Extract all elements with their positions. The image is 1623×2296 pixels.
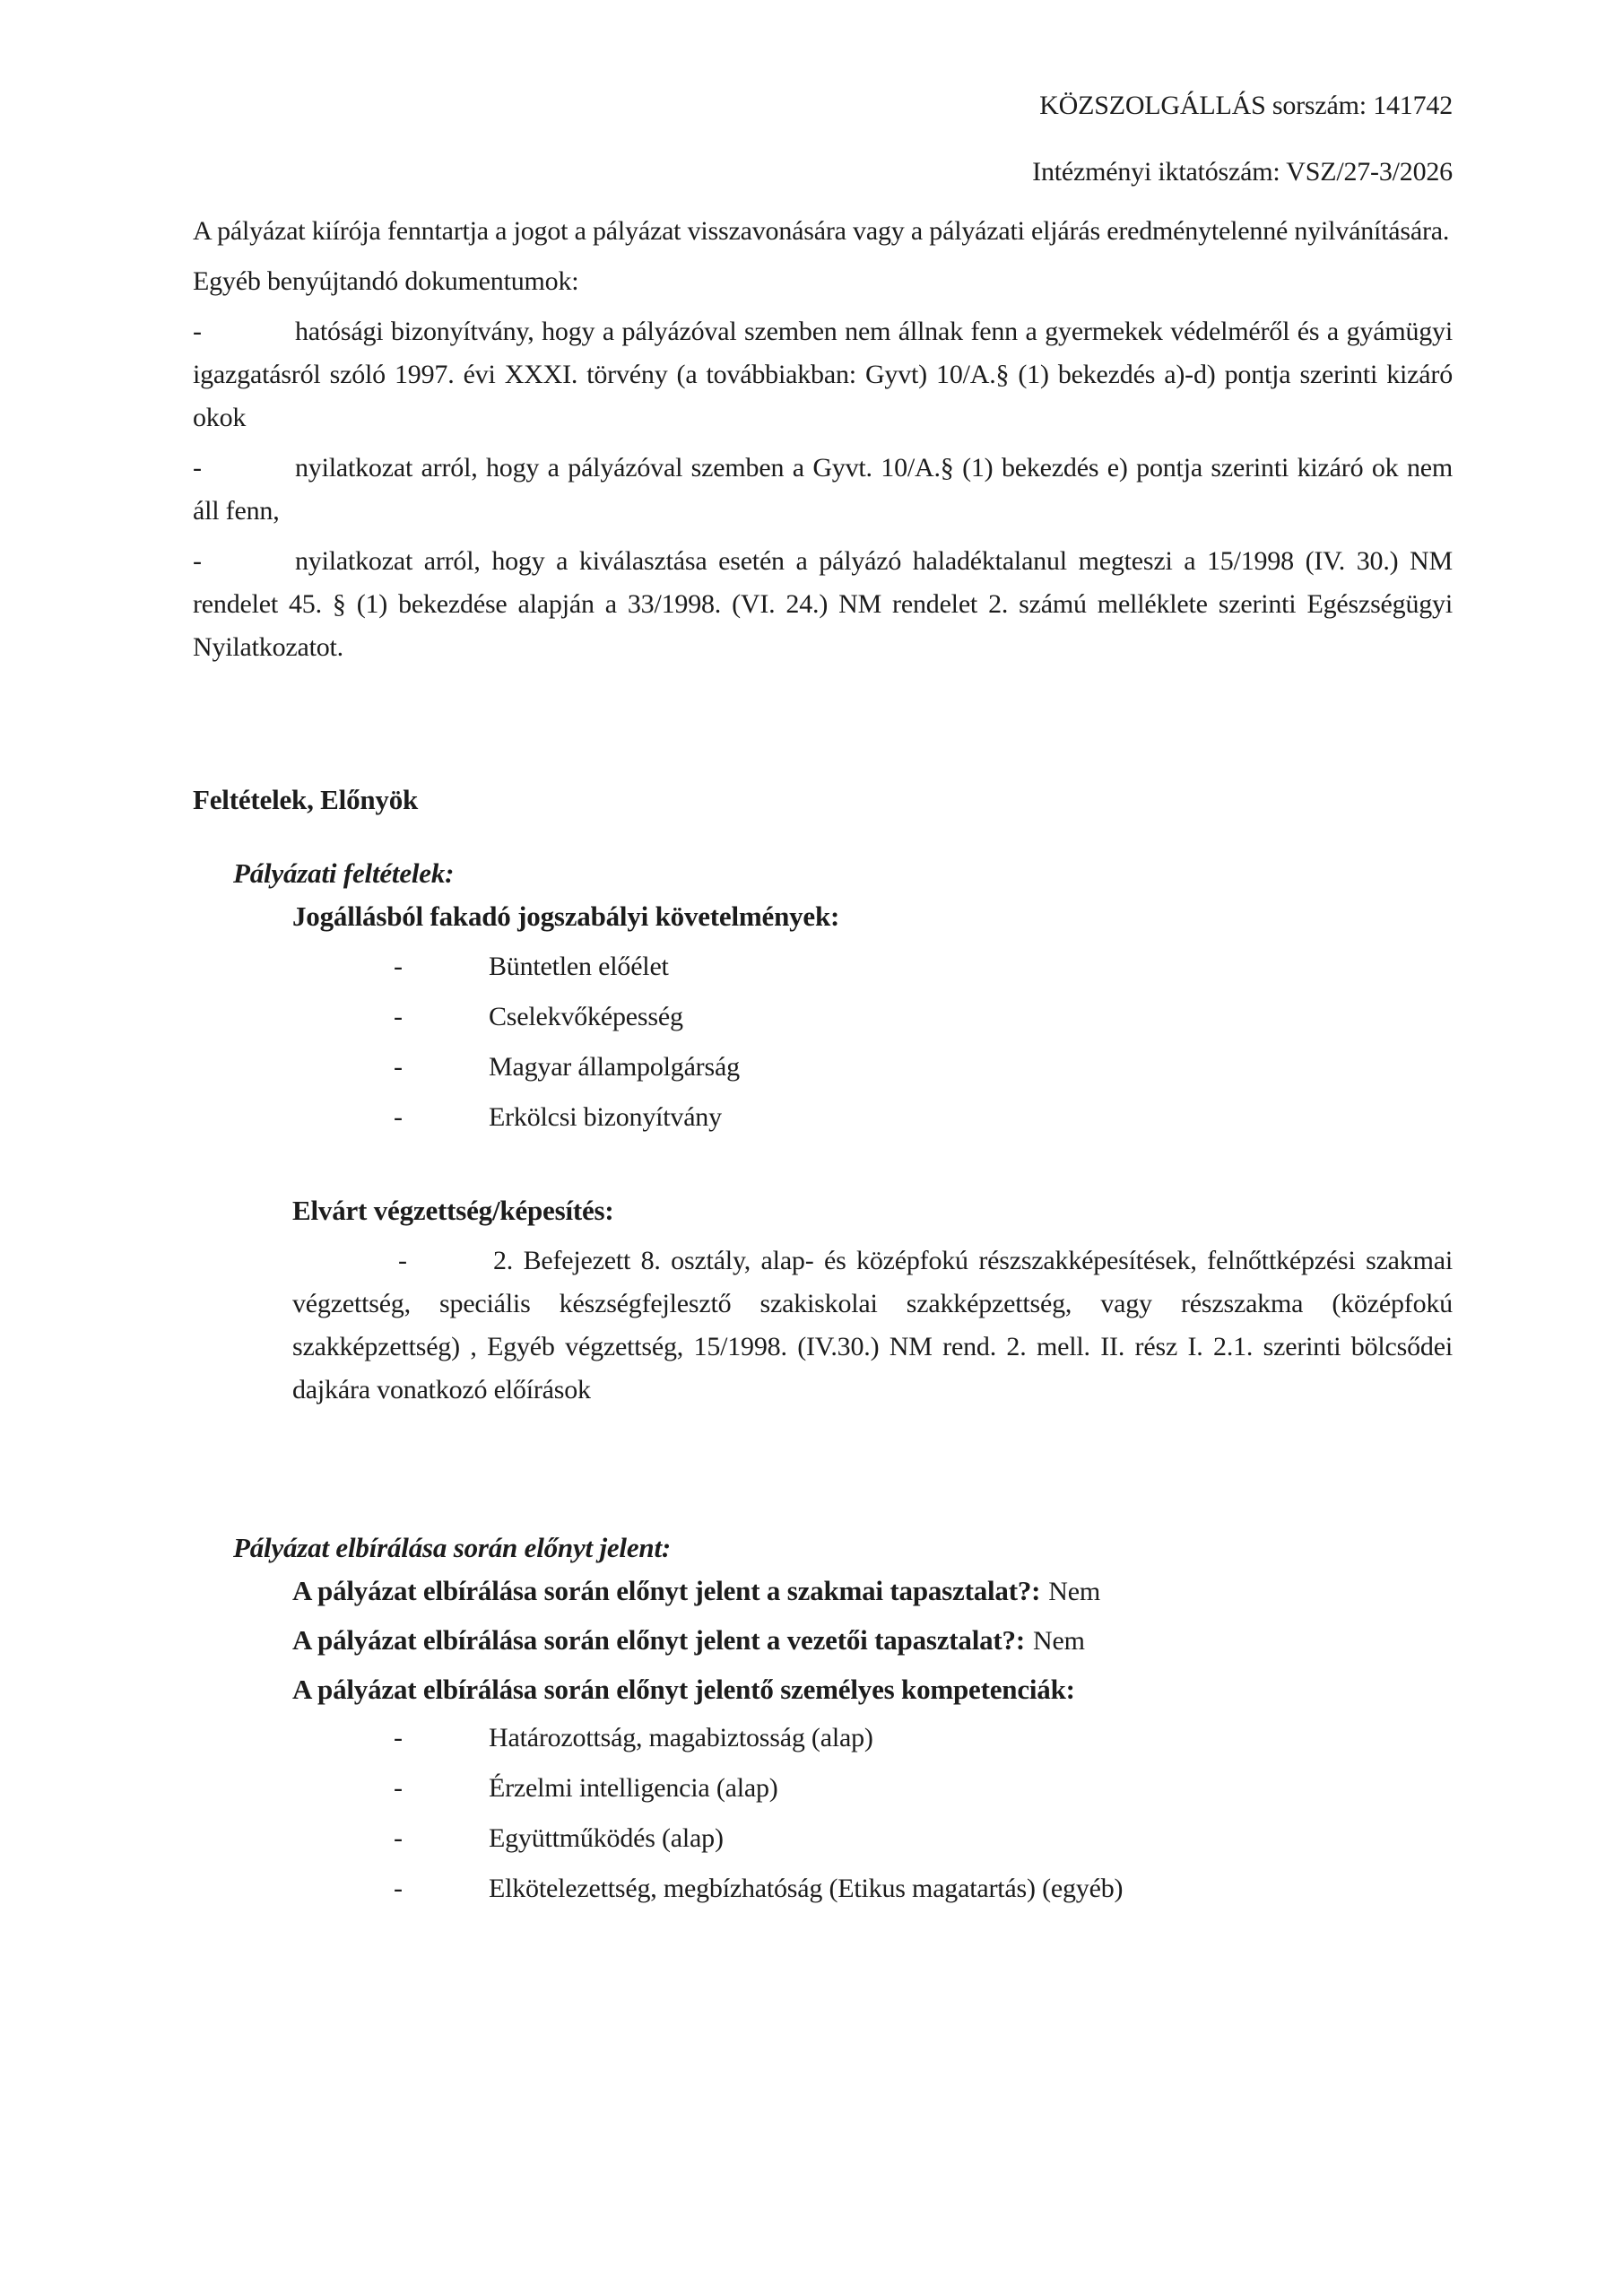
advantage-question-managerial: A pályázat elbírálása során előnyt jelen… xyxy=(292,1619,1453,1663)
legal-requirement-item: -Magyar állampolgárság xyxy=(193,1046,1453,1089)
legal-requirement-text: Büntetlen előélet xyxy=(489,945,669,988)
heading-expected-qualification: Elvárt végzettség/képesítés: xyxy=(292,1189,1453,1232)
advantage-question-value: Nem xyxy=(1048,1577,1100,1606)
competency-item-text: Elkötelezettség, megbízhatóság (Etikus m… xyxy=(489,1867,1123,1910)
competency-list: -Határozottság, magabiztosság (alap) -Ér… xyxy=(193,1717,1453,1910)
competency-item-text: Határozottság, magabiztosság (alap) xyxy=(489,1717,873,1760)
document-item-text: nyilatkozat arról, hogy a kiválasztása e… xyxy=(193,546,1453,662)
dash-marker: - xyxy=(193,540,295,583)
heading-personal-competencies: A pályázat elbírálása során előnyt jelen… xyxy=(292,1668,1453,1711)
dash-marker: - xyxy=(394,945,489,988)
dash-marker: - xyxy=(394,1767,489,1810)
dash-marker: - xyxy=(394,996,489,1039)
document-item-text: nyilatkozat arról, hogy a pályázóval sze… xyxy=(193,453,1453,526)
dash-marker: - xyxy=(193,447,295,490)
dash-marker: - xyxy=(394,1717,489,1760)
legal-requirement-text: Cselekvőképesség xyxy=(489,996,683,1039)
advantage-question-label: A pályázat elbírálása során előnyt jelen… xyxy=(292,1624,1025,1656)
advantage-question-label: A pályázat elbírálása során előnyt jelen… xyxy=(292,1575,1040,1606)
legal-requirement-text: Erkölcsi bizonyítvány xyxy=(489,1096,722,1139)
dash-marker: - xyxy=(394,1867,489,1910)
dash-marker: - xyxy=(398,1239,493,1283)
legal-requirement-item: -Büntetlen előélet xyxy=(193,945,1453,988)
competency-item: -Érzelmi intelligencia (alap) xyxy=(193,1767,1453,1810)
competencies-heading-text: A pályázat elbírálása során előnyt jelen… xyxy=(292,1674,1075,1705)
qualification-paragraph: -2. Befejezett 8. osztály, alap- és közé… xyxy=(292,1239,1453,1412)
competency-item: -Együttműködés (alap) xyxy=(193,1817,1453,1860)
advantage-question-professional: A pályázat elbírálása során előnyt jelen… xyxy=(292,1570,1453,1613)
document-item: -nyilatkozat arról, hogy a pályázóval sz… xyxy=(193,447,1453,533)
competency-item-text: Együttműködés (alap) xyxy=(489,1817,724,1860)
advantage-question-value: Nem xyxy=(1033,1626,1085,1656)
competency-item: -Határozottság, magabiztosság (alap) xyxy=(193,1717,1453,1760)
legal-requirement-text: Magyar állampolgárság xyxy=(489,1046,740,1089)
dash-marker: - xyxy=(394,1046,489,1089)
competency-item-text: Érzelmi intelligencia (alap) xyxy=(489,1767,778,1810)
document-page: KÖZSZOLGÁLLÁS sorszám: 141742 Intézményi… xyxy=(0,0,1623,2296)
heading-legal-requirements: Jogállásból fakadó jogszabályi követelmé… xyxy=(292,895,1453,938)
subsection-title-application-conditions: Pályázati feltételek: xyxy=(233,852,1453,895)
legal-requirement-item: -Cselekvőképesség xyxy=(193,996,1453,1039)
dash-marker: - xyxy=(394,1817,489,1860)
dash-marker: - xyxy=(193,310,295,353)
document-item: -hatósági bizonyítvány, hogy a pályázóva… xyxy=(193,310,1453,439)
document-item-text: hatósági bizonyítvány, hogy a pályázóval… xyxy=(193,317,1453,432)
subsection-title-advantages: Pályázat elbírálása során előnyt jelent: xyxy=(233,1526,1453,1570)
competency-item: -Elkötelezettség, megbízhatóság (Etikus … xyxy=(193,1867,1453,1910)
dash-marker: - xyxy=(394,1096,489,1139)
section-title-conditions: Feltételek, Előnyök xyxy=(193,778,1453,822)
legal-requirement-item: -Erkölcsi bizonyítvány xyxy=(193,1096,1453,1139)
header-registry: Intézményi iktatószám: VSZ/27-3/2026 xyxy=(193,151,1453,194)
document-item: -nyilatkozat arról, hogy a kiválasztása … xyxy=(193,540,1453,669)
other-documents-heading: Egyéb benyújtandó dokumentumok: xyxy=(193,260,1453,303)
header-serial: KÖZSZOLGÁLLÁS sorszám: 141742 xyxy=(193,84,1453,127)
intro-paragraph: A pályázat kiírója fenntartja a jogot a … xyxy=(193,210,1453,253)
